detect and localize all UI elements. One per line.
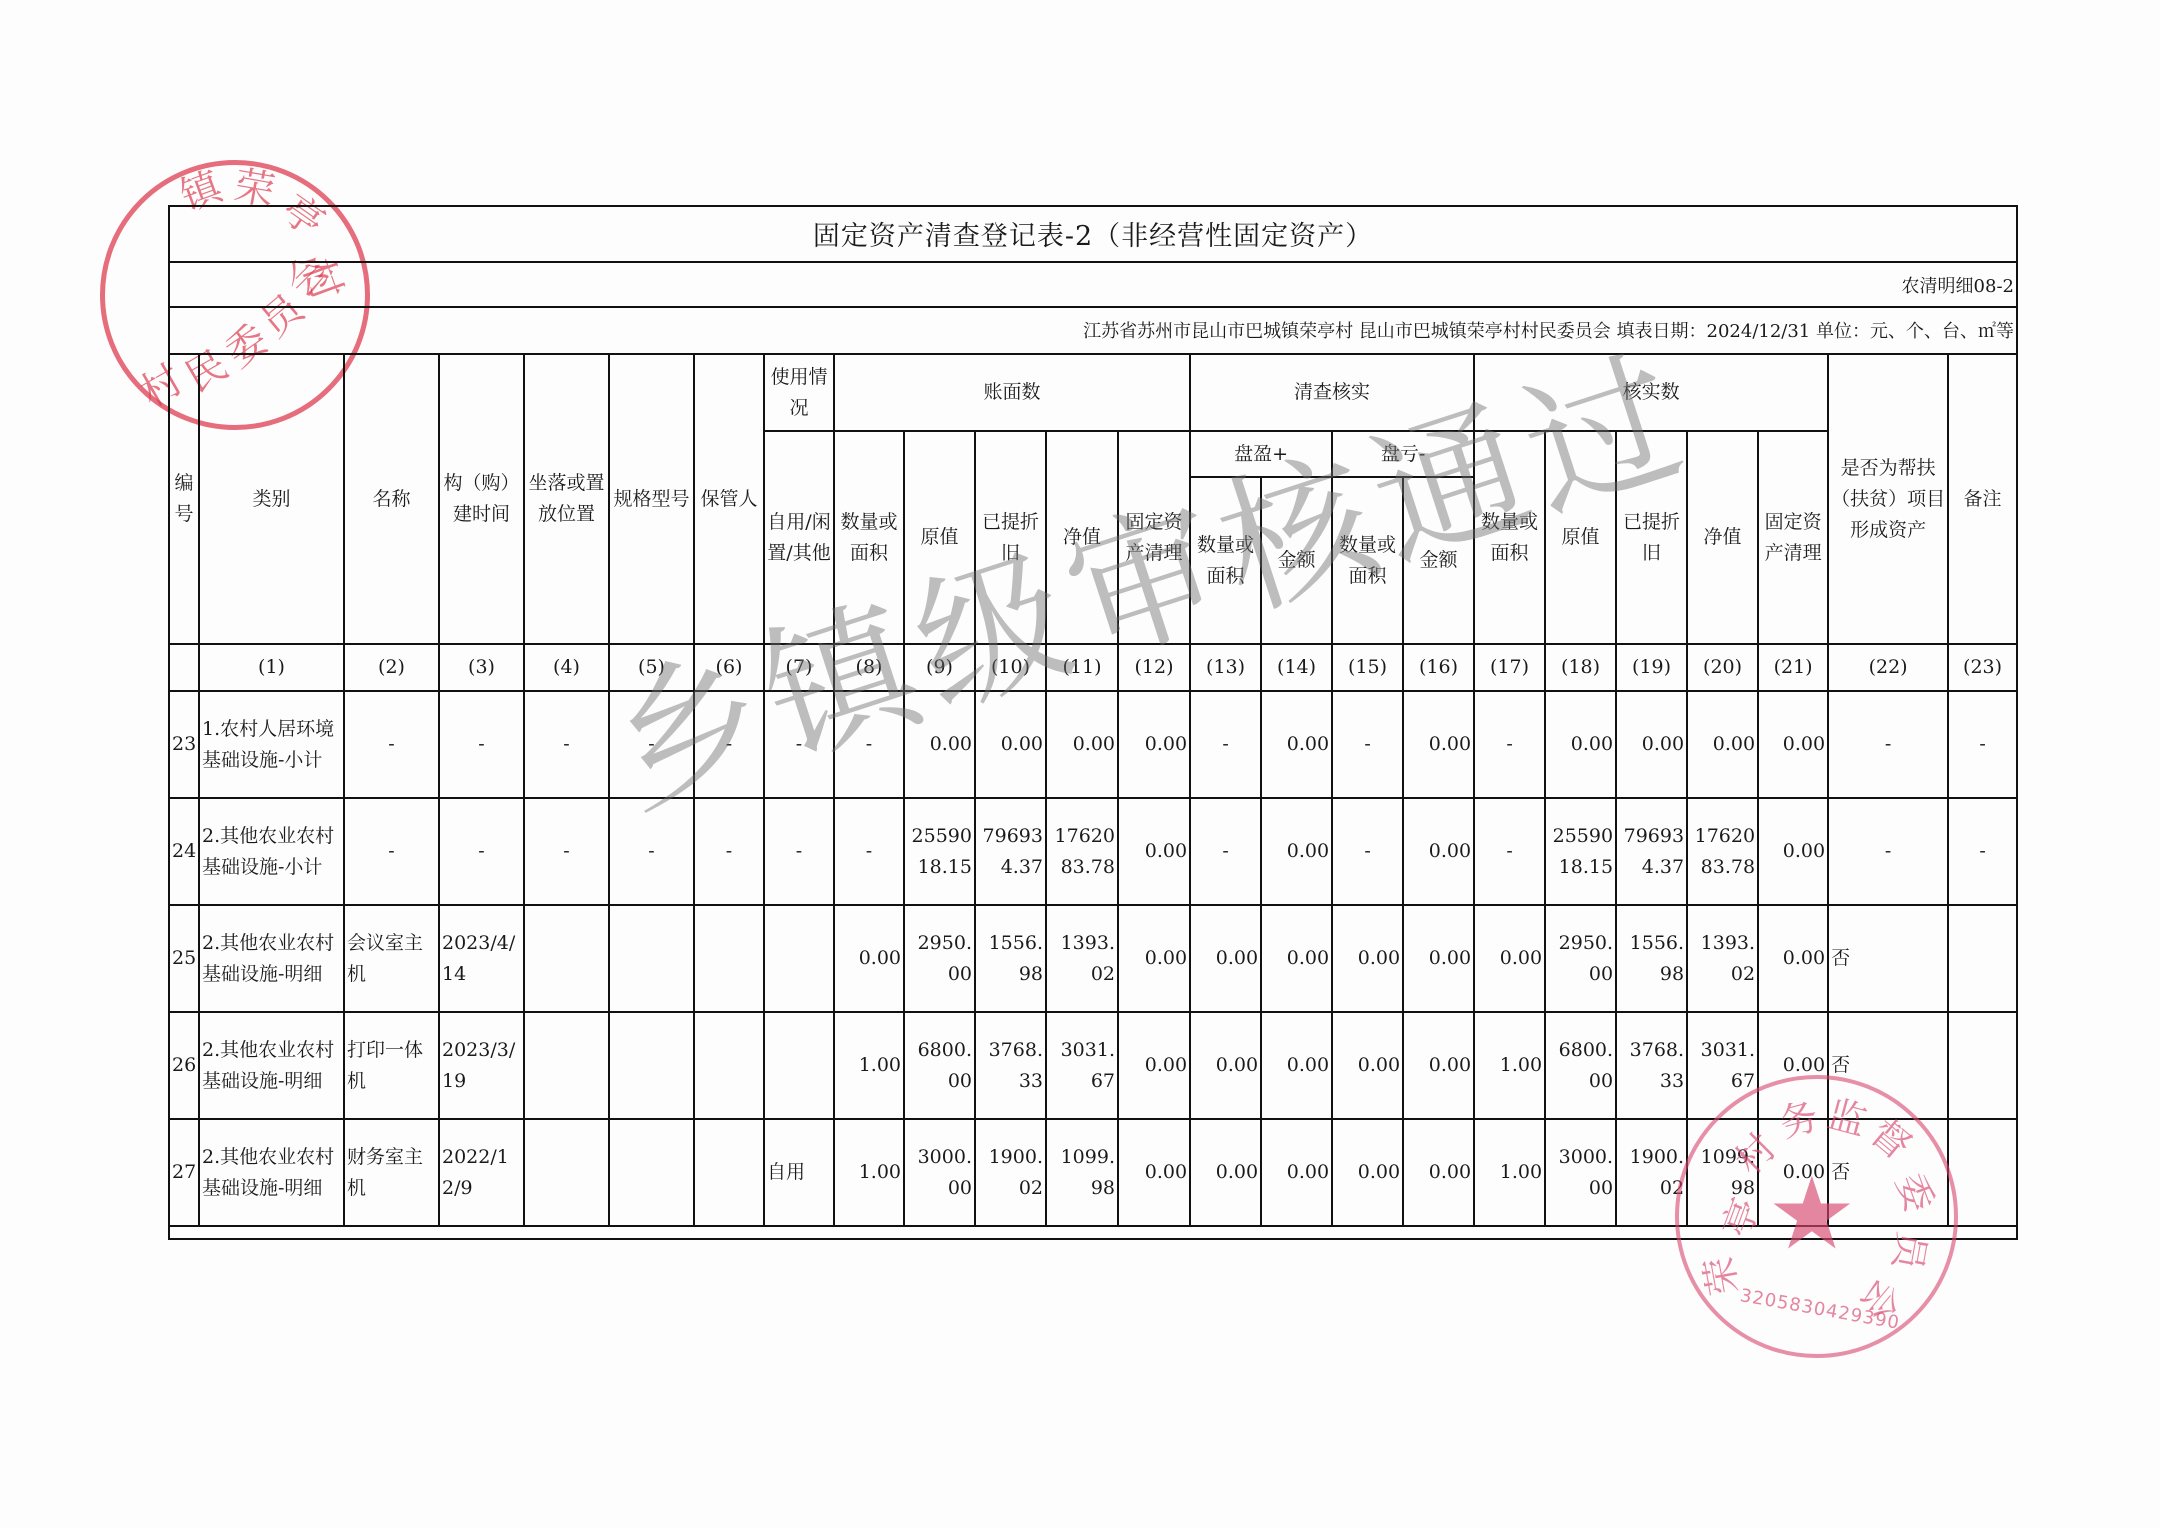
- cell-build-time: -: [439, 691, 524, 798]
- column-index: (6): [694, 644, 764, 691]
- cell-loss-amt: 0.00: [1403, 691, 1474, 798]
- cell-loss-qty: 0.00: [1332, 1012, 1403, 1119]
- col-ver-qty: 数量或面积: [1474, 431, 1545, 644]
- cell-surplus-qty: 0.00: [1190, 1012, 1261, 1119]
- cell-custodian: [694, 1012, 764, 1119]
- cell-location: -: [524, 798, 609, 905]
- cell-book-orig: 6800.00: [904, 1012, 975, 1119]
- cell-loss-qty: 0.00: [1332, 1119, 1403, 1226]
- cell-ver-qty: 0.00: [1474, 905, 1545, 1012]
- cell-loss-amt: 0.00: [1403, 1119, 1474, 1226]
- column-index: (14): [1261, 644, 1332, 691]
- cell-book-orig: 2950.00: [904, 905, 975, 1012]
- cell-surplus-qty: 0.00: [1190, 1119, 1261, 1226]
- column-index-row: (1)(2)(3)(4)(5)(6)(7)(8)(9)(10)(11)(12)(…: [169, 644, 2017, 691]
- cell-ver-orig: 2559018.15: [1545, 798, 1616, 905]
- cell-book-clear: 0.00: [1118, 1119, 1190, 1226]
- cell-book-dep: 796934.37: [975, 798, 1046, 905]
- cell-poverty: -: [1828, 798, 1948, 905]
- col-category: 类别: [199, 354, 344, 644]
- cell-poverty: 否: [1828, 1119, 1948, 1226]
- cell-book-clear: 0.00: [1118, 798, 1190, 905]
- cell-ver-orig: 6800.00: [1545, 1012, 1616, 1119]
- cell-book-clear: 0.00: [1118, 1012, 1190, 1119]
- col-ver-orig: 原值: [1545, 431, 1616, 644]
- table-row: 252.其他农业农村基础设施-明细会议室主机2023/4/140.002950.…: [169, 905, 2017, 1012]
- cell-ver-clear: 0.00: [1758, 1012, 1828, 1119]
- seal-serial: 3205830429390: [1738, 1285, 1901, 1334]
- cell-ver-net: 1762083.78: [1687, 798, 1758, 905]
- cell-poverty: 否: [1828, 905, 1948, 1012]
- cell-build-time: 2023/4/14: [439, 905, 524, 1012]
- column-index: (10): [975, 644, 1046, 691]
- cell-surplus-amt: 0.00: [1261, 1119, 1332, 1226]
- col-book-dep: 已提折旧: [975, 431, 1046, 644]
- cell-ver-dep: 0.00: [1616, 691, 1687, 798]
- group-check: 清查核实: [1190, 354, 1474, 431]
- column-index: (8): [834, 644, 904, 691]
- cell-location: [524, 1119, 609, 1226]
- group-loss: 盘亏-: [1332, 431, 1474, 477]
- cell-ver-net: 0.00: [1687, 691, 1758, 798]
- column-index: (7): [764, 644, 834, 691]
- group-surplus: 盘盈+: [1190, 431, 1332, 477]
- cell-ver-net: 1393.02: [1687, 905, 1758, 1012]
- col-no: 编号: [169, 354, 199, 644]
- column-index: (20): [1687, 644, 1758, 691]
- cell-book-qty: -: [834, 691, 904, 798]
- cell-custodian: [694, 1119, 764, 1226]
- col-ver-net: 净值: [1687, 431, 1758, 644]
- col-name: 名称: [344, 354, 439, 644]
- table-row: 242.其他农业农村基础设施-小计-------2559018.15796934…: [169, 798, 2017, 905]
- cell-surplus-qty: -: [1190, 691, 1261, 798]
- col-book-clear: 固定资产清理: [1118, 431, 1190, 644]
- column-index: (21): [1758, 644, 1828, 691]
- cell-remark: -: [1948, 691, 2017, 798]
- cell-category: 1.农村人居环境基础设施-小计: [199, 691, 344, 798]
- col-surplus-amt: 金额: [1261, 477, 1332, 644]
- cell-surplus-amt: 0.00: [1261, 1012, 1332, 1119]
- table-row: 262.其他农业农村基础设施-明细打印一体机2023/3/191.006800.…: [169, 1012, 2017, 1119]
- cell-book-clear: 0.00: [1118, 691, 1190, 798]
- cell-ver-net: 3031.67: [1687, 1012, 1758, 1119]
- table-row: 231.农村人居环境基础设施-小计-------0.000.000.000.00…: [169, 691, 2017, 798]
- cell-ver-clear: 0.00: [1758, 905, 1828, 1012]
- cell-spec: [609, 1012, 694, 1119]
- col-spec: 规格型号: [609, 354, 694, 644]
- cell-loss-qty: 0.00: [1332, 905, 1403, 1012]
- cell-surplus-amt: 0.00: [1261, 798, 1332, 905]
- cell-custodian: -: [694, 691, 764, 798]
- seal-char: 员: [1883, 1228, 1944, 1275]
- cell-book-net: 1762083.78: [1046, 798, 1118, 905]
- cell-ver-net: 1099.98: [1687, 1119, 1758, 1226]
- cell-book-clear: 0.00: [1118, 905, 1190, 1012]
- col-loss-qty: 数量或面积: [1332, 477, 1403, 644]
- col-book-orig: 原值: [904, 431, 975, 644]
- col-poverty: 是否为帮扶（扶贫）项目形成资产: [1828, 354, 1948, 644]
- cell-surplus-qty: -: [1190, 798, 1261, 905]
- cell-category: 2.其他农业农村基础设施-明细: [199, 1012, 344, 1119]
- cell-ver-qty: -: [1474, 691, 1545, 798]
- cell-book-net: 3031.67: [1046, 1012, 1118, 1119]
- cell-remark: [1948, 1119, 2017, 1226]
- column-index: (15): [1332, 644, 1403, 691]
- cell-no: 25: [169, 905, 199, 1012]
- cell-loss-amt: 0.00: [1403, 1012, 1474, 1119]
- cell-book-orig: 3000.00: [904, 1119, 975, 1226]
- cell-name: 打印一体机: [344, 1012, 439, 1119]
- cell-no: 24: [169, 798, 199, 905]
- column-index: (4): [524, 644, 609, 691]
- cell-name: -: [344, 691, 439, 798]
- cell-loss-amt: 0.00: [1403, 798, 1474, 905]
- col-location: 坐落或置放位置: [524, 354, 609, 644]
- cell-spec: -: [609, 798, 694, 905]
- cell-book-qty: -: [834, 798, 904, 905]
- cell-custodian: -: [694, 798, 764, 905]
- cell-usage: -: [764, 798, 834, 905]
- cell-poverty: 否: [1828, 1012, 1948, 1119]
- cell-book-net: 1099.98: [1046, 1119, 1118, 1226]
- cell-spec: [609, 905, 694, 1012]
- cell-location: [524, 1012, 609, 1119]
- cell-usage: -: [764, 691, 834, 798]
- cell-ver-qty: 1.00: [1474, 1012, 1545, 1119]
- cell-book-orig: 2559018.15: [904, 798, 975, 905]
- column-index: (23): [1948, 644, 2017, 691]
- col-loss-amt: 金额: [1403, 477, 1474, 644]
- col-ver-dep: 已提折旧: [1616, 431, 1687, 644]
- cell-ver-orig: 2950.00: [1545, 905, 1616, 1012]
- cell-name: 会议室主机: [344, 905, 439, 1012]
- group-usage: 使用情况: [764, 354, 834, 431]
- column-index: (3): [439, 644, 524, 691]
- column-index: (5): [609, 644, 694, 691]
- cell-remark: [1948, 905, 2017, 1012]
- group-verified: 核实数: [1474, 354, 1828, 431]
- cell-build-time: 2023/3/19: [439, 1012, 524, 1119]
- cell-surplus-amt: 0.00: [1261, 691, 1332, 798]
- cell-ver-clear: 0.00: [1758, 798, 1828, 905]
- column-index: (19): [1616, 644, 1687, 691]
- cell-usage: [764, 1012, 834, 1119]
- cell-loss-qty: -: [1332, 798, 1403, 905]
- col-book-qty: 数量或面积: [834, 431, 904, 644]
- cell-loss-amt: 0.00: [1403, 905, 1474, 1012]
- cell-loss-qty: -: [1332, 691, 1403, 798]
- cell-book-dep: 3768.33: [975, 1012, 1046, 1119]
- cell-spec: [609, 1119, 694, 1226]
- col-book-net: 净值: [1046, 431, 1118, 644]
- cell-build-time: -: [439, 798, 524, 905]
- table-row: 272.其他农业农村基础设施-明细财务室主机2022/12/9自用1.00300…: [169, 1119, 2017, 1226]
- cell-book-qty: 0.00: [834, 905, 904, 1012]
- cell-spec: -: [609, 691, 694, 798]
- cell-no: 23: [169, 691, 199, 798]
- column-index: (22): [1828, 644, 1948, 691]
- column-index: (17): [1474, 644, 1545, 691]
- cell-ver-qty: -: [1474, 798, 1545, 905]
- column-index: (11): [1046, 644, 1118, 691]
- cell-book-net: 0.00: [1046, 691, 1118, 798]
- col-custodian: 保管人: [694, 354, 764, 644]
- cell-ver-orig: 3000.00: [1545, 1119, 1616, 1226]
- cell-no: 27: [169, 1119, 199, 1226]
- cell-ver-orig: 0.00: [1545, 691, 1616, 798]
- cell-book-qty: 1.00: [834, 1119, 904, 1226]
- cell-ver-dep: 796934.37: [1616, 798, 1687, 905]
- cell-poverty: -: [1828, 691, 1948, 798]
- cell-remark: -: [1948, 798, 2017, 905]
- cell-remark: [1948, 1012, 2017, 1119]
- form-title: 固定资产清查登记表-2（非经营性固定资产）: [168, 205, 2018, 262]
- cell-category: 2.其他农业农村基础设施-明细: [199, 1119, 344, 1226]
- cell-surplus-qty: 0.00: [1190, 905, 1261, 1012]
- form-meta-line: 江苏省苏州市昆山市巴城镇荣亭村 昆山市巴城镇荣亭村村民委员会 填表日期：2024…: [168, 307, 2018, 353]
- cell-ver-clear: 0.00: [1758, 1119, 1828, 1226]
- cell-ver-dep: 3768.33: [1616, 1012, 1687, 1119]
- col-usage: 自用/闲置/其他: [764, 431, 834, 644]
- col-build-time: 构（购）建时间: [439, 354, 524, 644]
- group-book: 账面数: [834, 354, 1190, 431]
- column-index: (1): [199, 644, 344, 691]
- cell-category: 2.其他农业农村基础设施-小计: [199, 798, 344, 905]
- column-index: (2): [344, 644, 439, 691]
- cell-no: 26: [169, 1012, 199, 1119]
- column-index: (16): [1403, 644, 1474, 691]
- cell-book-dep: 0.00: [975, 691, 1046, 798]
- cell-book-qty: 1.00: [834, 1012, 904, 1119]
- cell-ver-clear: 0.00: [1758, 691, 1828, 798]
- cell-location: -: [524, 691, 609, 798]
- cell-book-net: 1393.02: [1046, 905, 1118, 1012]
- asset-table: 编号 类别 名称 构（购）建时间 坐落或置放位置 规格型号 保管人 使用情况 账…: [168, 353, 2018, 1227]
- column-index: (13): [1190, 644, 1261, 691]
- cell-usage: [764, 905, 834, 1012]
- column-index: (18): [1545, 644, 1616, 691]
- cell-surplus-amt: 0.00: [1261, 905, 1332, 1012]
- cell-category: 2.其他农业农村基础设施-明细: [199, 905, 344, 1012]
- cell-location: [524, 905, 609, 1012]
- cell-ver-dep: 1900.02: [1616, 1119, 1687, 1226]
- col-ver-clear: 固定资产清理: [1758, 431, 1828, 644]
- cell-ver-dep: 1556.98: [1616, 905, 1687, 1012]
- cell-name: -: [344, 798, 439, 905]
- cell-ver-qty: 1.00: [1474, 1119, 1545, 1226]
- seal-char: 荣: [1688, 1253, 1749, 1300]
- cell-book-dep: 1900.02: [975, 1119, 1046, 1226]
- cell-name: 财务室主机: [344, 1119, 439, 1226]
- column-index-blank: [169, 644, 199, 691]
- cell-book-orig: 0.00: [904, 691, 975, 798]
- cell-custodian: [694, 905, 764, 1012]
- cell-usage: 自用: [764, 1119, 834, 1226]
- column-index: (9): [904, 644, 975, 691]
- cell-book-dep: 1556.98: [975, 905, 1046, 1012]
- col-remark: 备注: [1948, 354, 2017, 644]
- seal-char: 会: [1850, 1269, 1917, 1333]
- column-index: (12): [1118, 644, 1190, 691]
- col-surplus-qty: 数量或面积: [1190, 477, 1261, 644]
- cell-build-time: 2022/12/9: [439, 1119, 524, 1226]
- form-code: 农清明细08-2: [168, 262, 2018, 307]
